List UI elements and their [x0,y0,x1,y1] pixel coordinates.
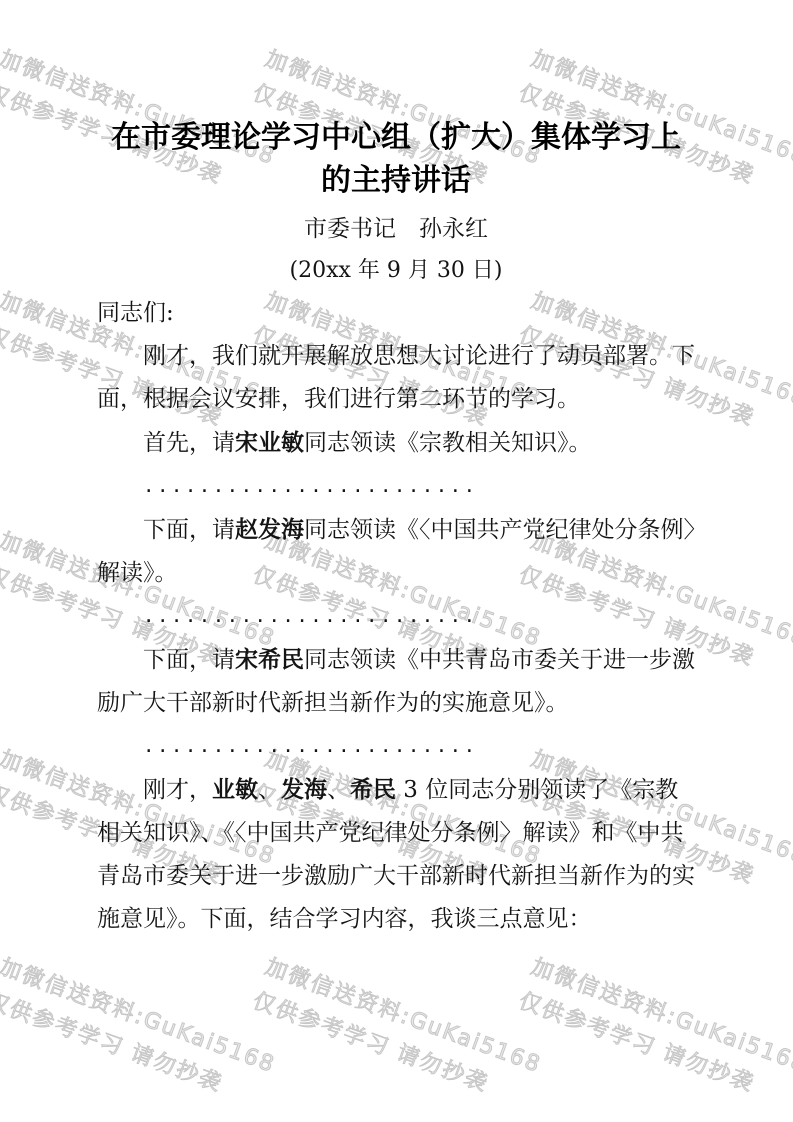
watermark-text: 加微信送资料:GuKai5168仅供参考学习 请勿抄袭 [513,950,793,1118]
person-name-bold: 宋希民 [235,646,304,673]
document-body: 同志们:刚才，我们就开展解放思想大讨论进行了动员部署。下面，根据会议安排，我们进… [97,292,695,941]
author-byline: 市委书记 孙永红 [97,214,695,244]
person-name-bold: 发海 [281,776,327,803]
title-line-1: 在市委理论学习中心组（扩大）集体学习上 [97,116,695,159]
title-line-2: 的主持讲话 [97,159,695,202]
paragraph: 下面，请赵发海同志领读《〈中国共产党纪律处分条例〉解读》。 [97,508,695,595]
document-content: 在市委理论学习中心组（扩大）集体学习上 的主持讲话 市委书记 孙永红 (20xx… [0,0,793,941]
person-name-bold: 业敏 [212,776,258,803]
watermark-text: 加微信送资料:GuKai5168仅供参考学习 请勿抄袭 [247,950,546,1118]
paragraph: 同志们: [97,292,695,335]
paragraph-text: 同志们: [97,300,174,326]
ellipsis-line: ........................ [97,595,695,638]
paragraph-text: 下面，请 [143,647,235,673]
document-title: 在市委理论学习中心组（扩大）集体学习上 的主持讲话 [97,116,695,202]
person-name-bold: 赵发海 [235,516,304,543]
paragraph: 刚才，业敏、发海、希民 3 位同志分别领读了《宗教相关知识》、《〈中国共产党纪律… [97,768,695,941]
paragraph-text: 、 [327,777,350,803]
document-page: 加微信送资料:GuKai5168仅供参考学习 请勿抄袭加微信送资料:GuKai5… [0,0,793,1122]
ellipsis-line: ........................ [97,725,695,768]
paragraph-text: 下面，请 [143,517,235,543]
person-name-bold: 宋业敏 [235,429,304,456]
date-line: (20xx 年 9 月 30 日) [97,256,695,286]
paragraph: 刚才，我们就开展解放思想大讨论进行了动员部署。下面，根据会议安排，我们进行第二环… [97,335,695,421]
ellipsis-line: ........................ [97,465,695,508]
paragraph-text: 、 [258,777,281,803]
person-name-bold: 希民 [350,776,396,803]
paragraph-text: 首先，请 [143,430,235,456]
paragraph-text: 刚才， [143,777,212,803]
paragraph-text: 同志领读《宗教相关知识》。 [304,430,592,456]
watermark-text: 加微信送资料:GuKai5168仅供参考学习 请勿抄袭 [0,950,280,1118]
paragraph: 首先，请宋业敏同志领读《宗教相关知识》。 [97,421,695,465]
paragraph-text: 刚才，我们就开展解放思想大讨论进行了动员部署。下面，根据会议安排，我们进行第二环… [97,343,695,412]
paragraph: 下面，请宋希民同志领读《中共青岛市委关于进一步激励广大干部新时代新担当新作为的实… [97,638,695,725]
